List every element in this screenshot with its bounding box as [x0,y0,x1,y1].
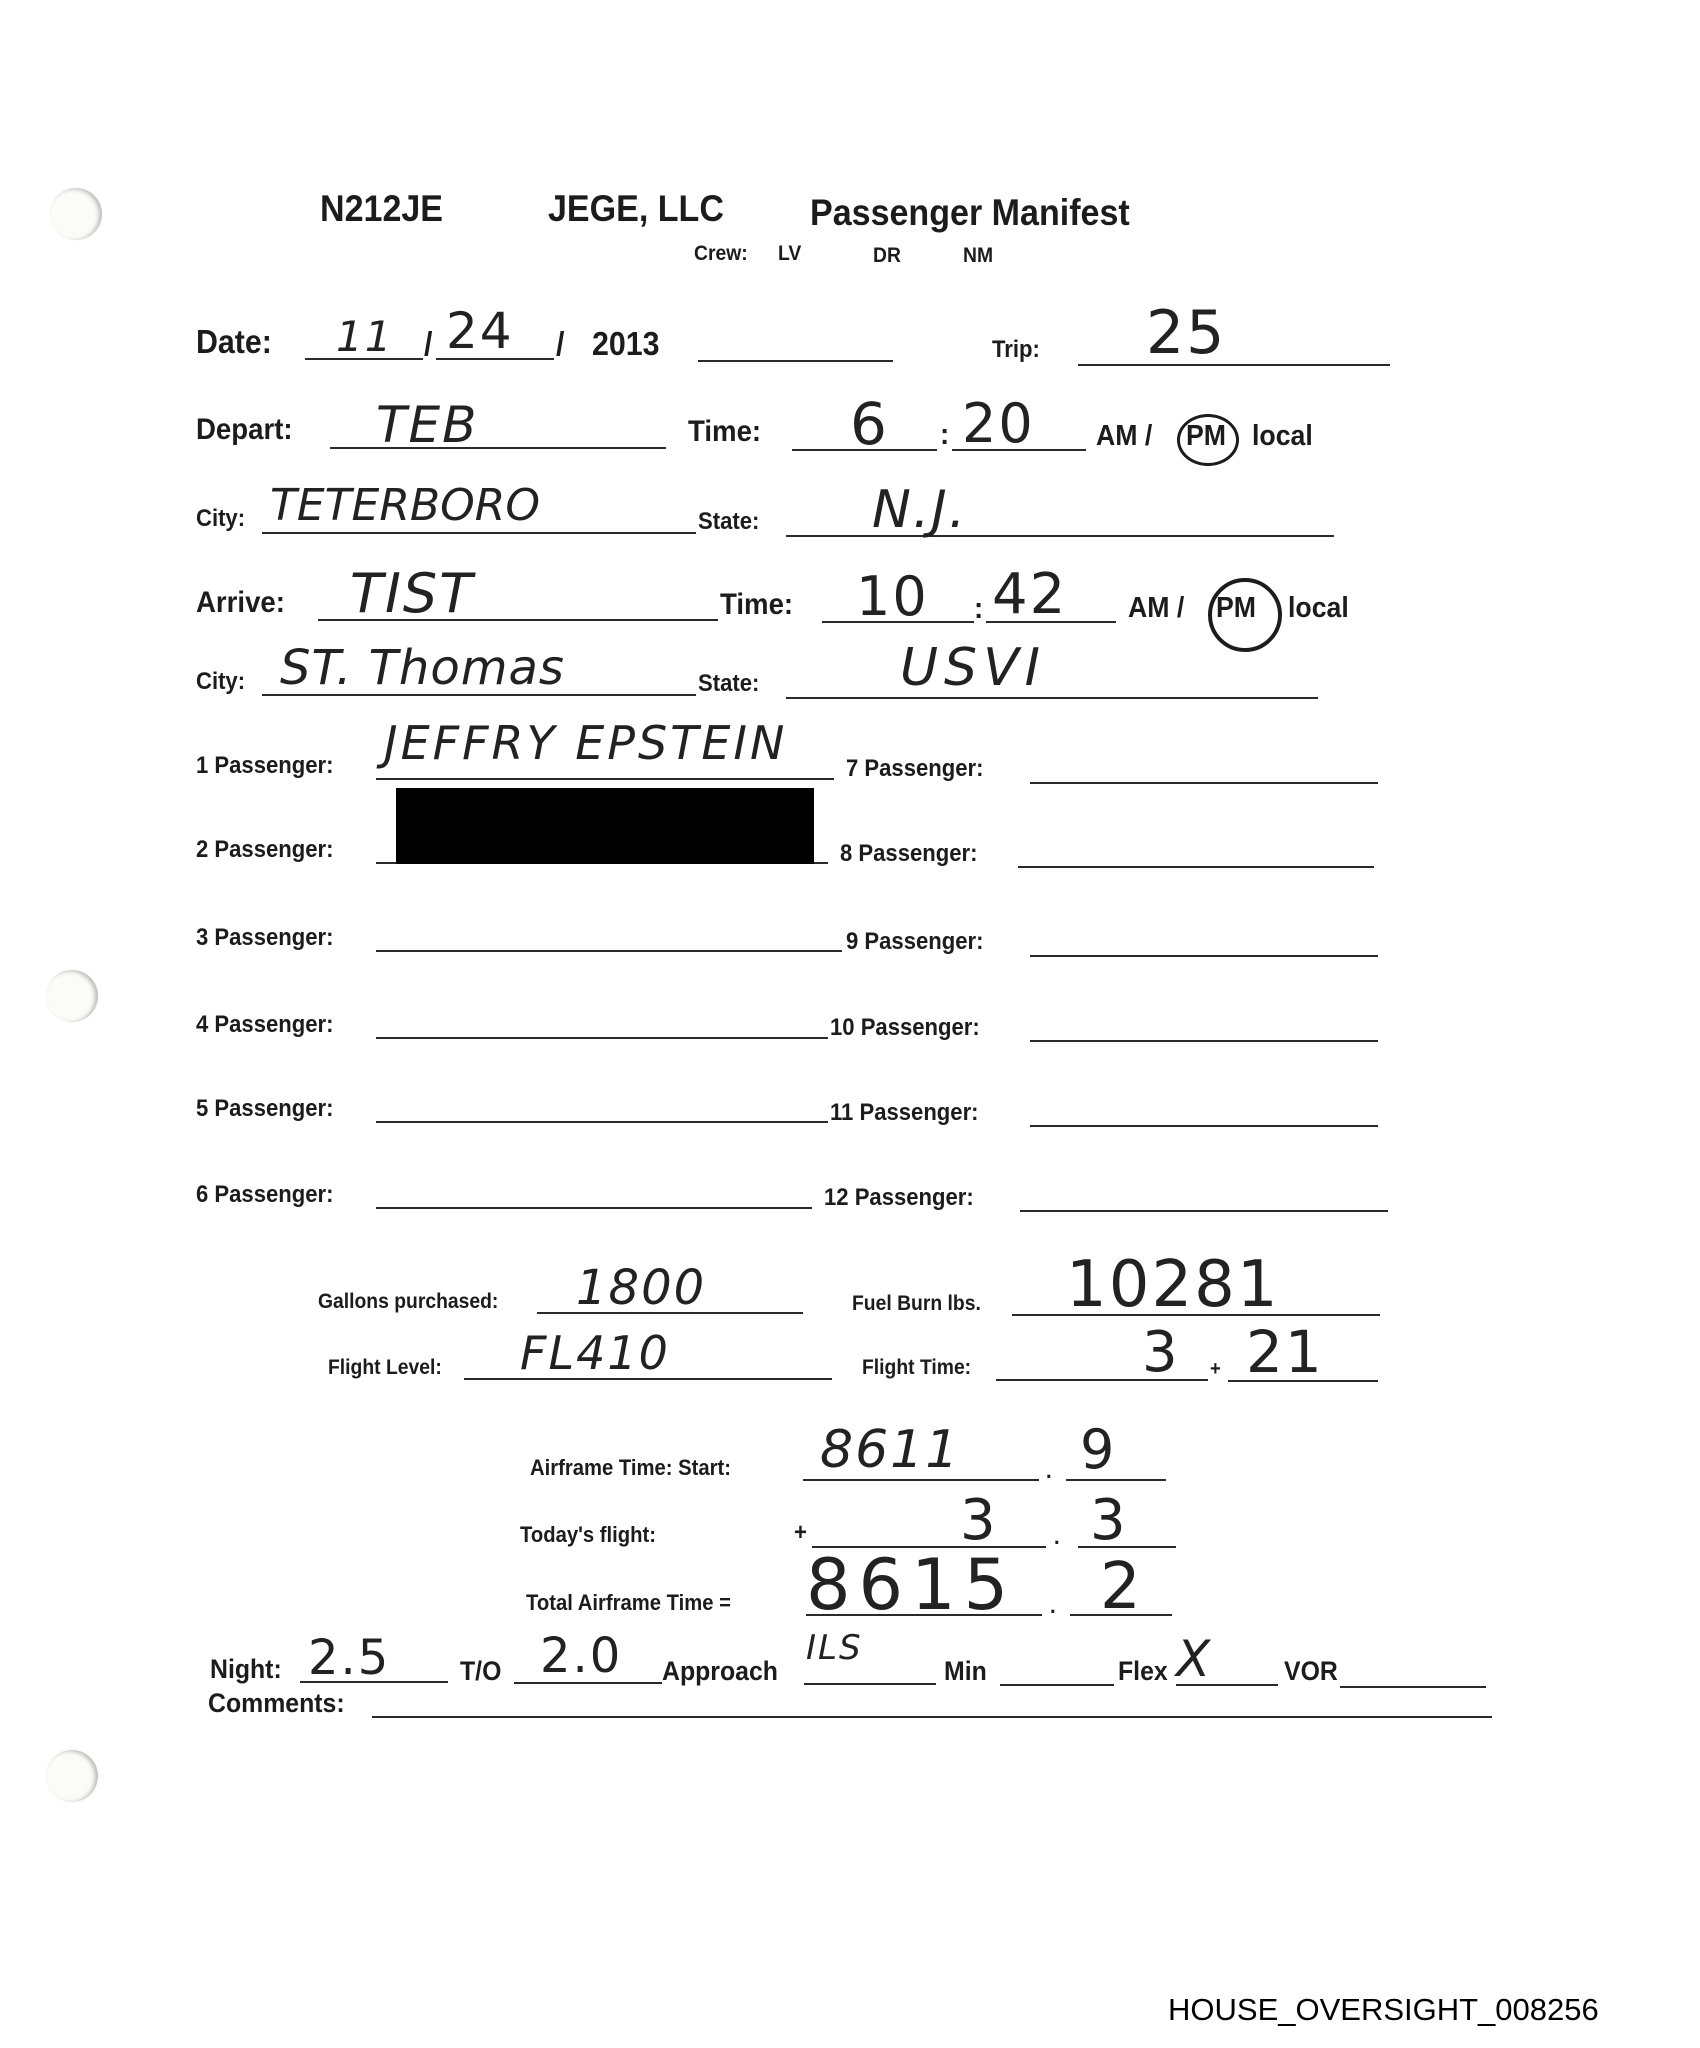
trip-number-field[interactable]: 25 [1146,298,1226,368]
date-month-field[interactable]: 11 [336,312,393,361]
depart-local-label: local [1252,420,1313,453]
depart-state-field[interactable]: N.J. [872,480,967,540]
passenger-label: 5 Passenger: [196,1095,333,1123]
depart-city-field[interactable]: TETERBORO [270,480,540,531]
passenger-line [1030,1040,1378,1042]
passenger-line [1020,1210,1388,1212]
passenger-label: 12 Passenger: [824,1184,974,1212]
arrive-pm-circle[interactable] [1208,578,1282,652]
passenger-label: 10 Passenger: [830,1014,980,1042]
depart-am-label: AM / [1096,420,1152,453]
crew-member-3: NM [963,244,993,268]
arrive-code-field[interactable]: TIST [350,562,474,625]
binder-hole-top [50,188,102,240]
flex-label: Flex [1118,1656,1168,1687]
date-slash-1: / [424,325,432,363]
arrive-local-label: local [1288,592,1349,625]
total-whole-field[interactable]: 8615 [806,1544,1016,1626]
flight-time-label: Flight Time: [862,1356,971,1380]
passenger-label: 3 Passenger: [196,924,333,952]
date-day-field[interactable]: 24 [446,302,514,360]
passenger-label: 6 Passenger: [196,1181,333,1209]
tail-number: N212JE [320,188,443,230]
total-tenths-field[interactable]: 2 [1100,1550,1143,1624]
flight-level-field[interactable]: FL410 [520,1326,670,1380]
crew-member-1: LV [778,242,801,266]
passenger-line [1030,782,1378,784]
flight-level-label: Flight Level: [328,1356,442,1380]
binder-hole-middle [46,970,98,1022]
passenger-label: 4 Passenger: [196,1011,333,1039]
crew-member-2: DR [873,244,901,268]
depart-state-line [786,535,1334,537]
passenger-line [1030,955,1378,957]
arrive-am-label: AM / [1128,592,1184,625]
depart-time-label: Time: [688,415,761,449]
arrive-state-line [786,697,1318,699]
passenger-label: 8 Passenger: [840,840,977,868]
arrive-city-label: City: [196,668,245,696]
date-label: Date: [196,323,272,361]
today-flight-label: Today's flight: [520,1522,656,1548]
arrive-city-field[interactable]: ST. Thomas [280,640,565,696]
fuel-burn-label: Fuel Burn lbs. [852,1292,981,1316]
passenger-label: 1 Passenger: [196,752,333,780]
night-field[interactable]: 2.5 [308,1630,390,1686]
trip-line [1078,364,1390,366]
passenger-label: 7 Passenger: [846,755,983,783]
arrive-hour-field[interactable]: 10 [856,565,929,628]
passenger-line [1030,1125,1378,1127]
airframe-start-decimal: . [1046,1458,1052,1484]
passenger-label: 2 Passenger: [196,836,333,864]
passenger-line [376,778,834,780]
company-name: JEGE, LLC [548,188,724,230]
redaction-box [396,788,814,864]
arrive-time-label: Time: [720,588,793,622]
to-label: T/O [460,1656,501,1687]
depart-label: Depart: [196,413,293,447]
today-decimal: . [1054,1524,1060,1550]
crew-label: Crew: [694,242,748,266]
depart-state-label: State: [698,508,759,536]
gallons-label: Gallons purchased: [318,1290,498,1314]
approach-label: Approach [662,1656,778,1687]
passenger-label: 11 Passenger: [830,1099,979,1127]
flight-time-separator: + [1210,1358,1221,1381]
depart-pm-circle[interactable] [1177,414,1239,466]
approach-field[interactable]: ILS [806,1628,863,1668]
flex-checkmark[interactable]: X [1176,1630,1212,1688]
passenger-line [376,1037,828,1039]
binder-hole-bottom [46,1750,98,1802]
passenger-line [376,1121,828,1123]
arrive-state-field[interactable]: USVI [900,638,1046,698]
arrive-state-label: State: [698,670,759,698]
bates-number: HOUSE_OVERSIGHT_008256 [1168,1992,1599,2028]
arrive-minute-field[interactable]: 42 [992,562,1067,627]
arrive-label: Arrive: [196,586,285,620]
today-tenths-field[interactable]: 3 [1090,1488,1128,1553]
night-label: Night: [210,1654,282,1685]
airframe-start-label: Airframe Time: Start: [530,1455,731,1481]
comments-line[interactable] [372,1716,1492,1718]
passenger-line [376,950,842,952]
min-label: Min [944,1656,987,1687]
to-field[interactable]: 2.0 [540,1628,622,1684]
min-line [1000,1684,1114,1686]
depart-city-label: City: [196,505,245,533]
approach-line [804,1683,936,1685]
passenger-line [1018,866,1374,868]
depart-hour-field[interactable]: 6 [850,390,889,458]
depart-minute-field[interactable]: 20 [962,392,1035,455]
vor-line [1340,1686,1486,1688]
date-slash-2: / [556,325,564,363]
today-flight-plus: + [794,1519,807,1547]
total-decimal: . [1050,1593,1056,1619]
depart-city-line [262,532,696,534]
gallons-field[interactable]: 1800 [576,1260,706,1316]
comments-label: Comments: [208,1688,345,1719]
passenger-name-field[interactable]: JEFFRY EPSTEIN [384,716,787,770]
trip-label: Trip: [992,336,1040,364]
arrive-time-colon: : [974,592,983,626]
depart-time-colon: : [940,418,949,452]
page-title: Passenger Manifest [810,192,1130,234]
airframe-start-whole-field[interactable]: 8611 [820,1420,960,1480]
flight-time-hours-field[interactable]: 3 [1142,1320,1180,1385]
date-year: 2013 [592,325,660,363]
vor-label: VOR [1284,1656,1338,1687]
airframe-start-tenths-field[interactable]: 9 [1080,1418,1116,1481]
date-year-line [698,360,893,362]
passenger-label: 9 Passenger: [846,928,983,956]
flight-time-minutes-field[interactable]: 21 [1246,1318,1324,1386]
passenger-line [376,1207,812,1209]
total-airframe-label: Total Airframe Time = [526,1590,731,1616]
depart-code-field[interactable]: TEB [376,396,478,454]
fuel-burn-field[interactable]: 10281 [1066,1248,1280,1322]
